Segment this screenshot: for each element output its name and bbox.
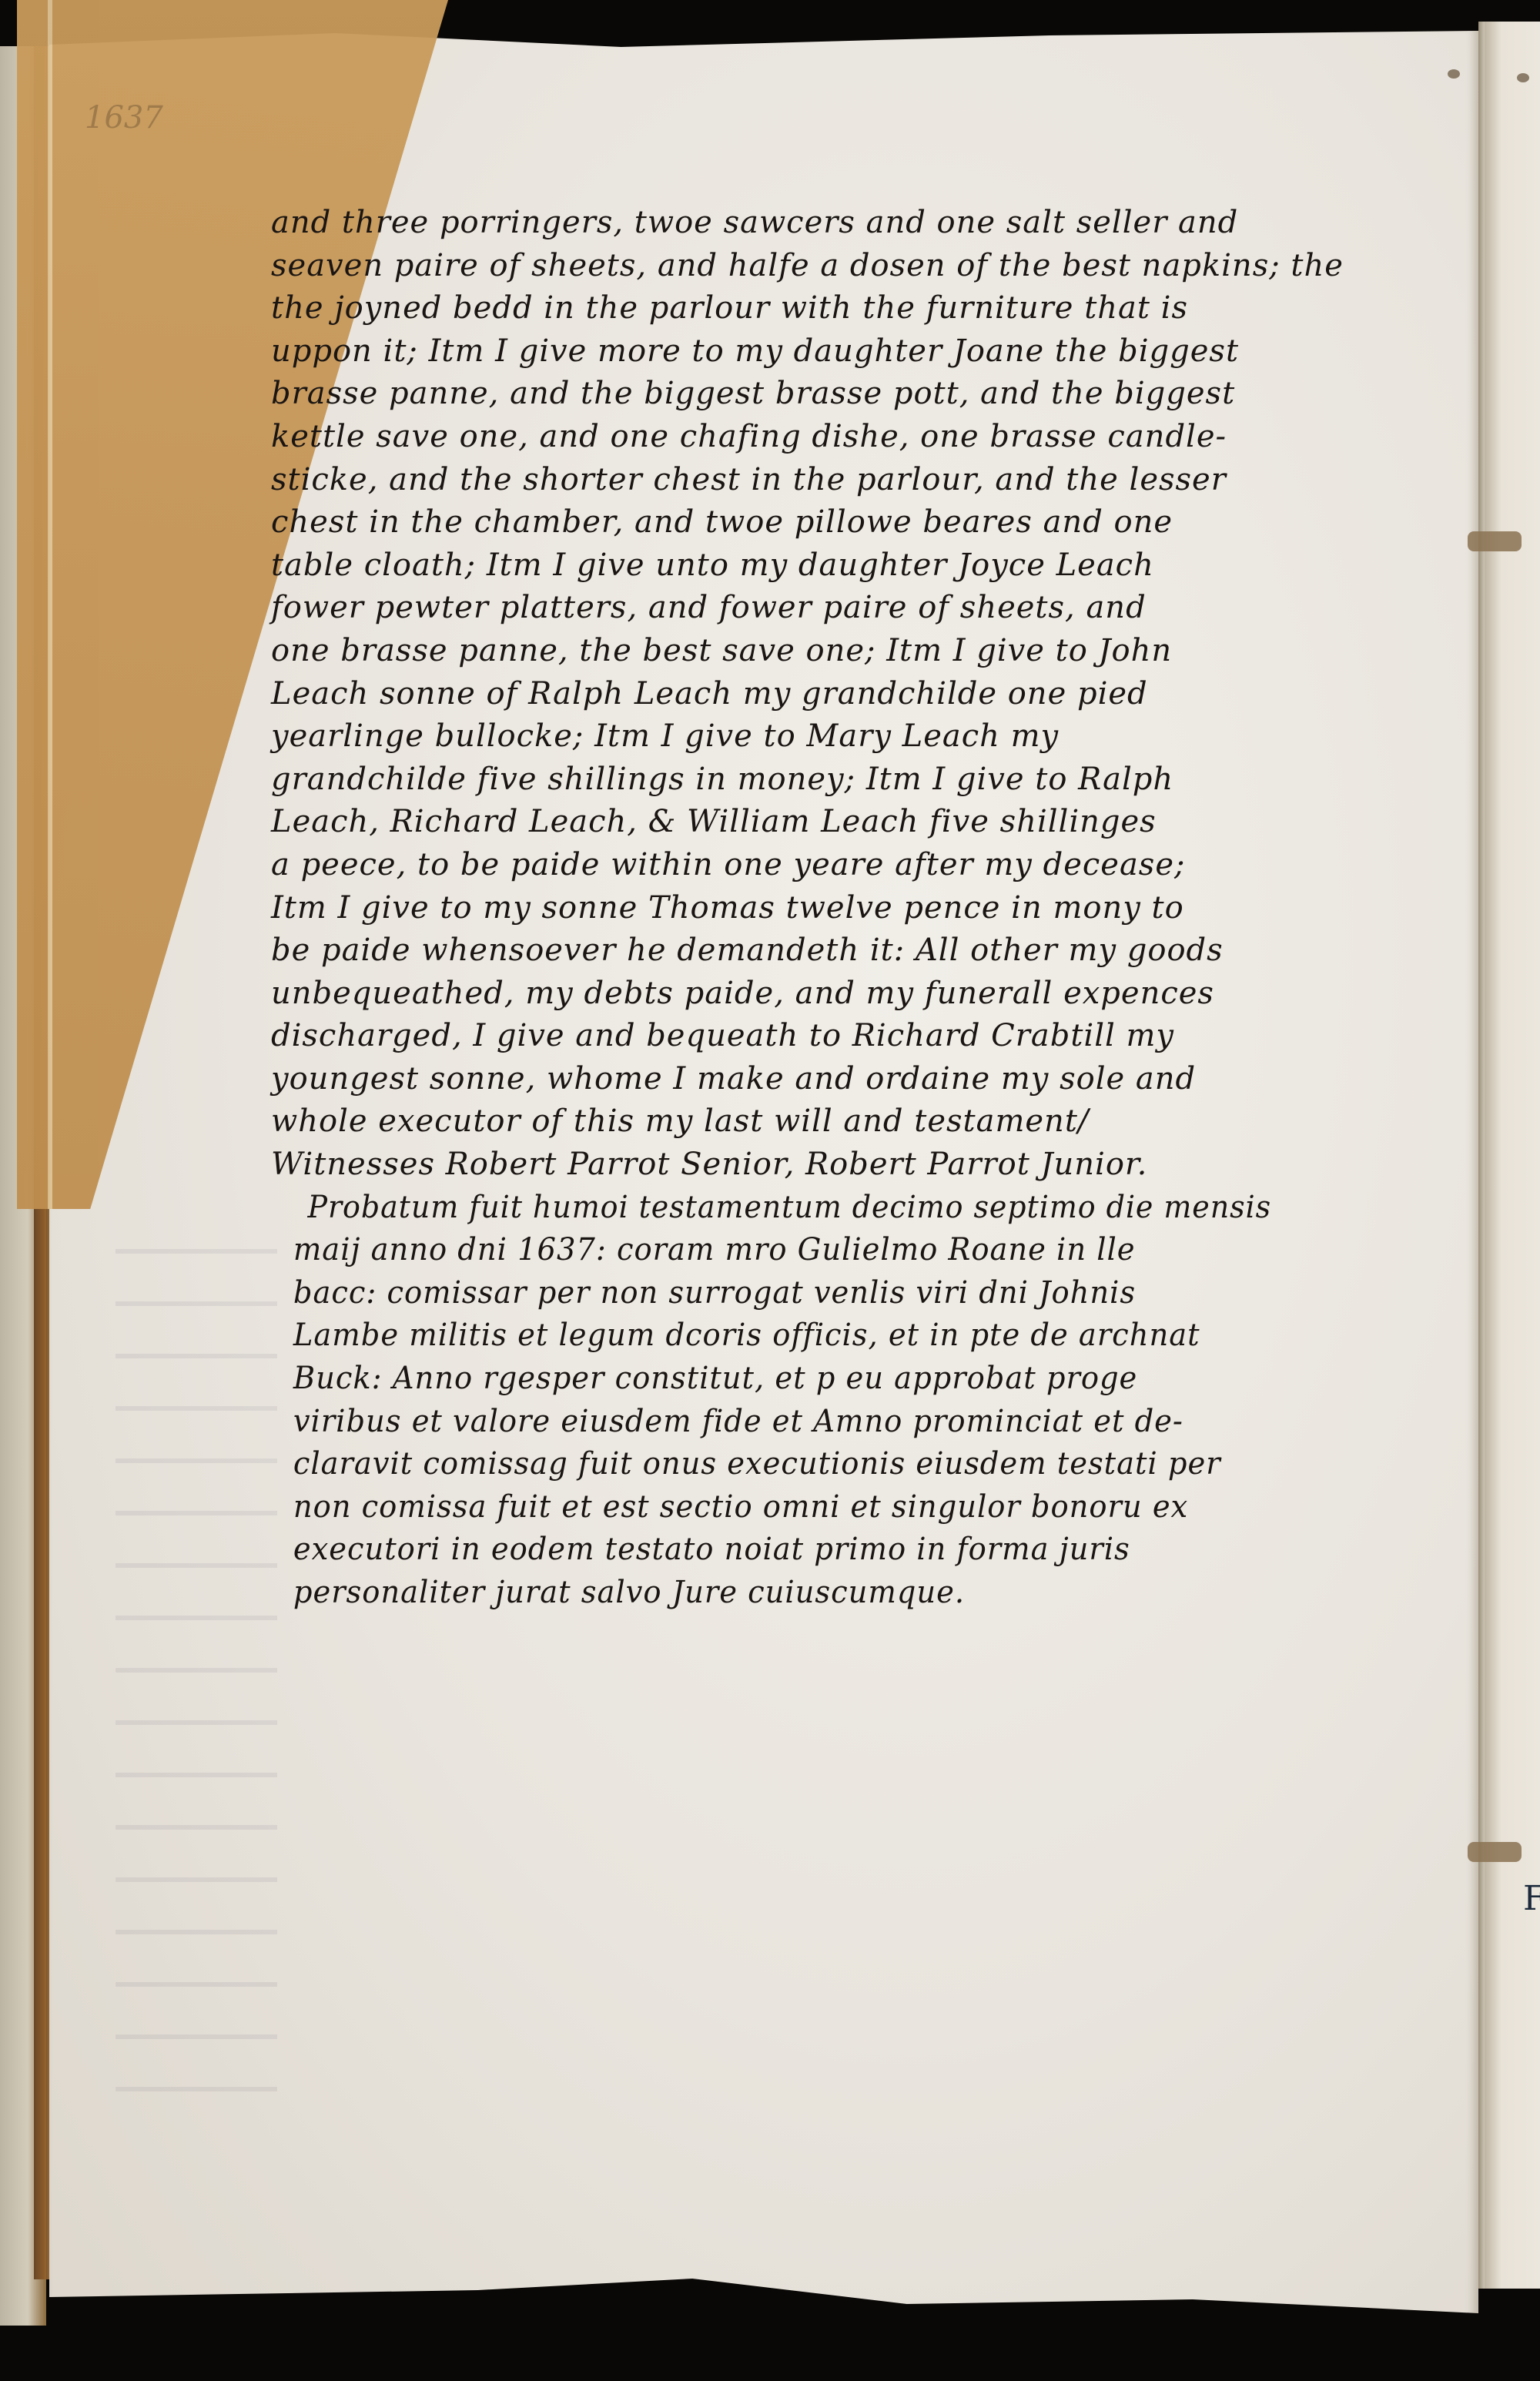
probate-line: viribus et valore eiusdem fide et Amno p… [271, 1401, 1427, 1444]
probate-line: bacc: comissar per non surrogat venlis v… [271, 1272, 1427, 1315]
probate-line: Buck: Anno rgesper constitut, et p eu ap… [271, 1358, 1427, 1401]
worm-hole [1448, 69, 1460, 79]
worm-hole [1517, 73, 1529, 82]
will-line: unbequeathed, my debts paide, and my fun… [271, 973, 1472, 1016]
probate-line: Lambe militis et legum dcoris officis, e… [271, 1314, 1427, 1358]
will-line: uppon it; Itm I give more to my daughter… [271, 330, 1472, 373]
will-line: Leach, Richard Leach, & William Leach fi… [271, 801, 1472, 844]
will-line: be paide whensoever he demandeth it: All… [271, 929, 1472, 973]
probate-line: maij anno dni 1637: coram mro Gulielmo R… [271, 1229, 1427, 1272]
will-line: fower pewter platters, and fower paire o… [271, 587, 1472, 630]
binding-stitch [1468, 531, 1522, 551]
probate-line: personaliter jurat salvo Jure cuiuscumqu… [271, 1572, 1427, 1615]
will-line: youngest sonne, whome I make and ordaine… [271, 1058, 1472, 1101]
probate-line: Probatum fuit humoi testamentum decimo s… [271, 1187, 1411, 1230]
will-line: Itm I give to my sonne Thomas twelve pen… [271, 887, 1472, 930]
faded-corner-annotation: 1637 [85, 100, 163, 136]
probate-line: executori in eodem testato noiat primo i… [271, 1529, 1427, 1572]
will-line: table cloath; Itm I give unto my daughte… [271, 544, 1472, 588]
will-line: kettle save one, and one chafing dishe, … [271, 416, 1472, 459]
will-line: seaven paire of sheets, and halfe a dose… [271, 245, 1472, 288]
will-text: and three porringers, twoe sawcers and o… [271, 202, 1472, 1615]
will-line: brasse panne, and the biggest brasse pot… [271, 373, 1472, 416]
facing-page-edge [1485, 22, 1540, 2289]
will-line: one brasse panne, the best save one; Itm… [271, 630, 1472, 673]
will-line: grandchilde five shillings in money; Itm… [271, 759, 1472, 802]
will-line: yearlinge bullocke; Itm I give to Mary L… [271, 715, 1472, 759]
facing-page-letter: F [1523, 1879, 1540, 1918]
will-line: Leach sonne of Ralph Leach my grandchild… [271, 673, 1472, 716]
binding-stitch [1468, 1842, 1522, 1862]
probate-line: claravit comissag fuit onus executionis … [271, 1443, 1427, 1486]
witnesses-line: Witnesses Robert Parrot Senior, Robert P… [271, 1144, 1472, 1187]
probate-line: non comissa fuit et est sectio omni et s… [271, 1486, 1427, 1529]
bleed-through-text [115, 1201, 277, 2110]
will-line: the joyned bedd in the parlour with the … [271, 287, 1472, 330]
will-line: and three porringers, twoe sawcers and o… [271, 202, 1472, 245]
will-line: chest in the chamber, and twoe pillowe b… [271, 501, 1472, 544]
will-line: whole executor of this my last will and … [271, 1100, 1472, 1144]
will-line: sticke, and the shorter chest in the par… [271, 459, 1472, 502]
will-line: a peece, to be paide within one yeare af… [271, 844, 1472, 887]
will-line: discharged, I give and bequeath to Richa… [271, 1015, 1472, 1058]
